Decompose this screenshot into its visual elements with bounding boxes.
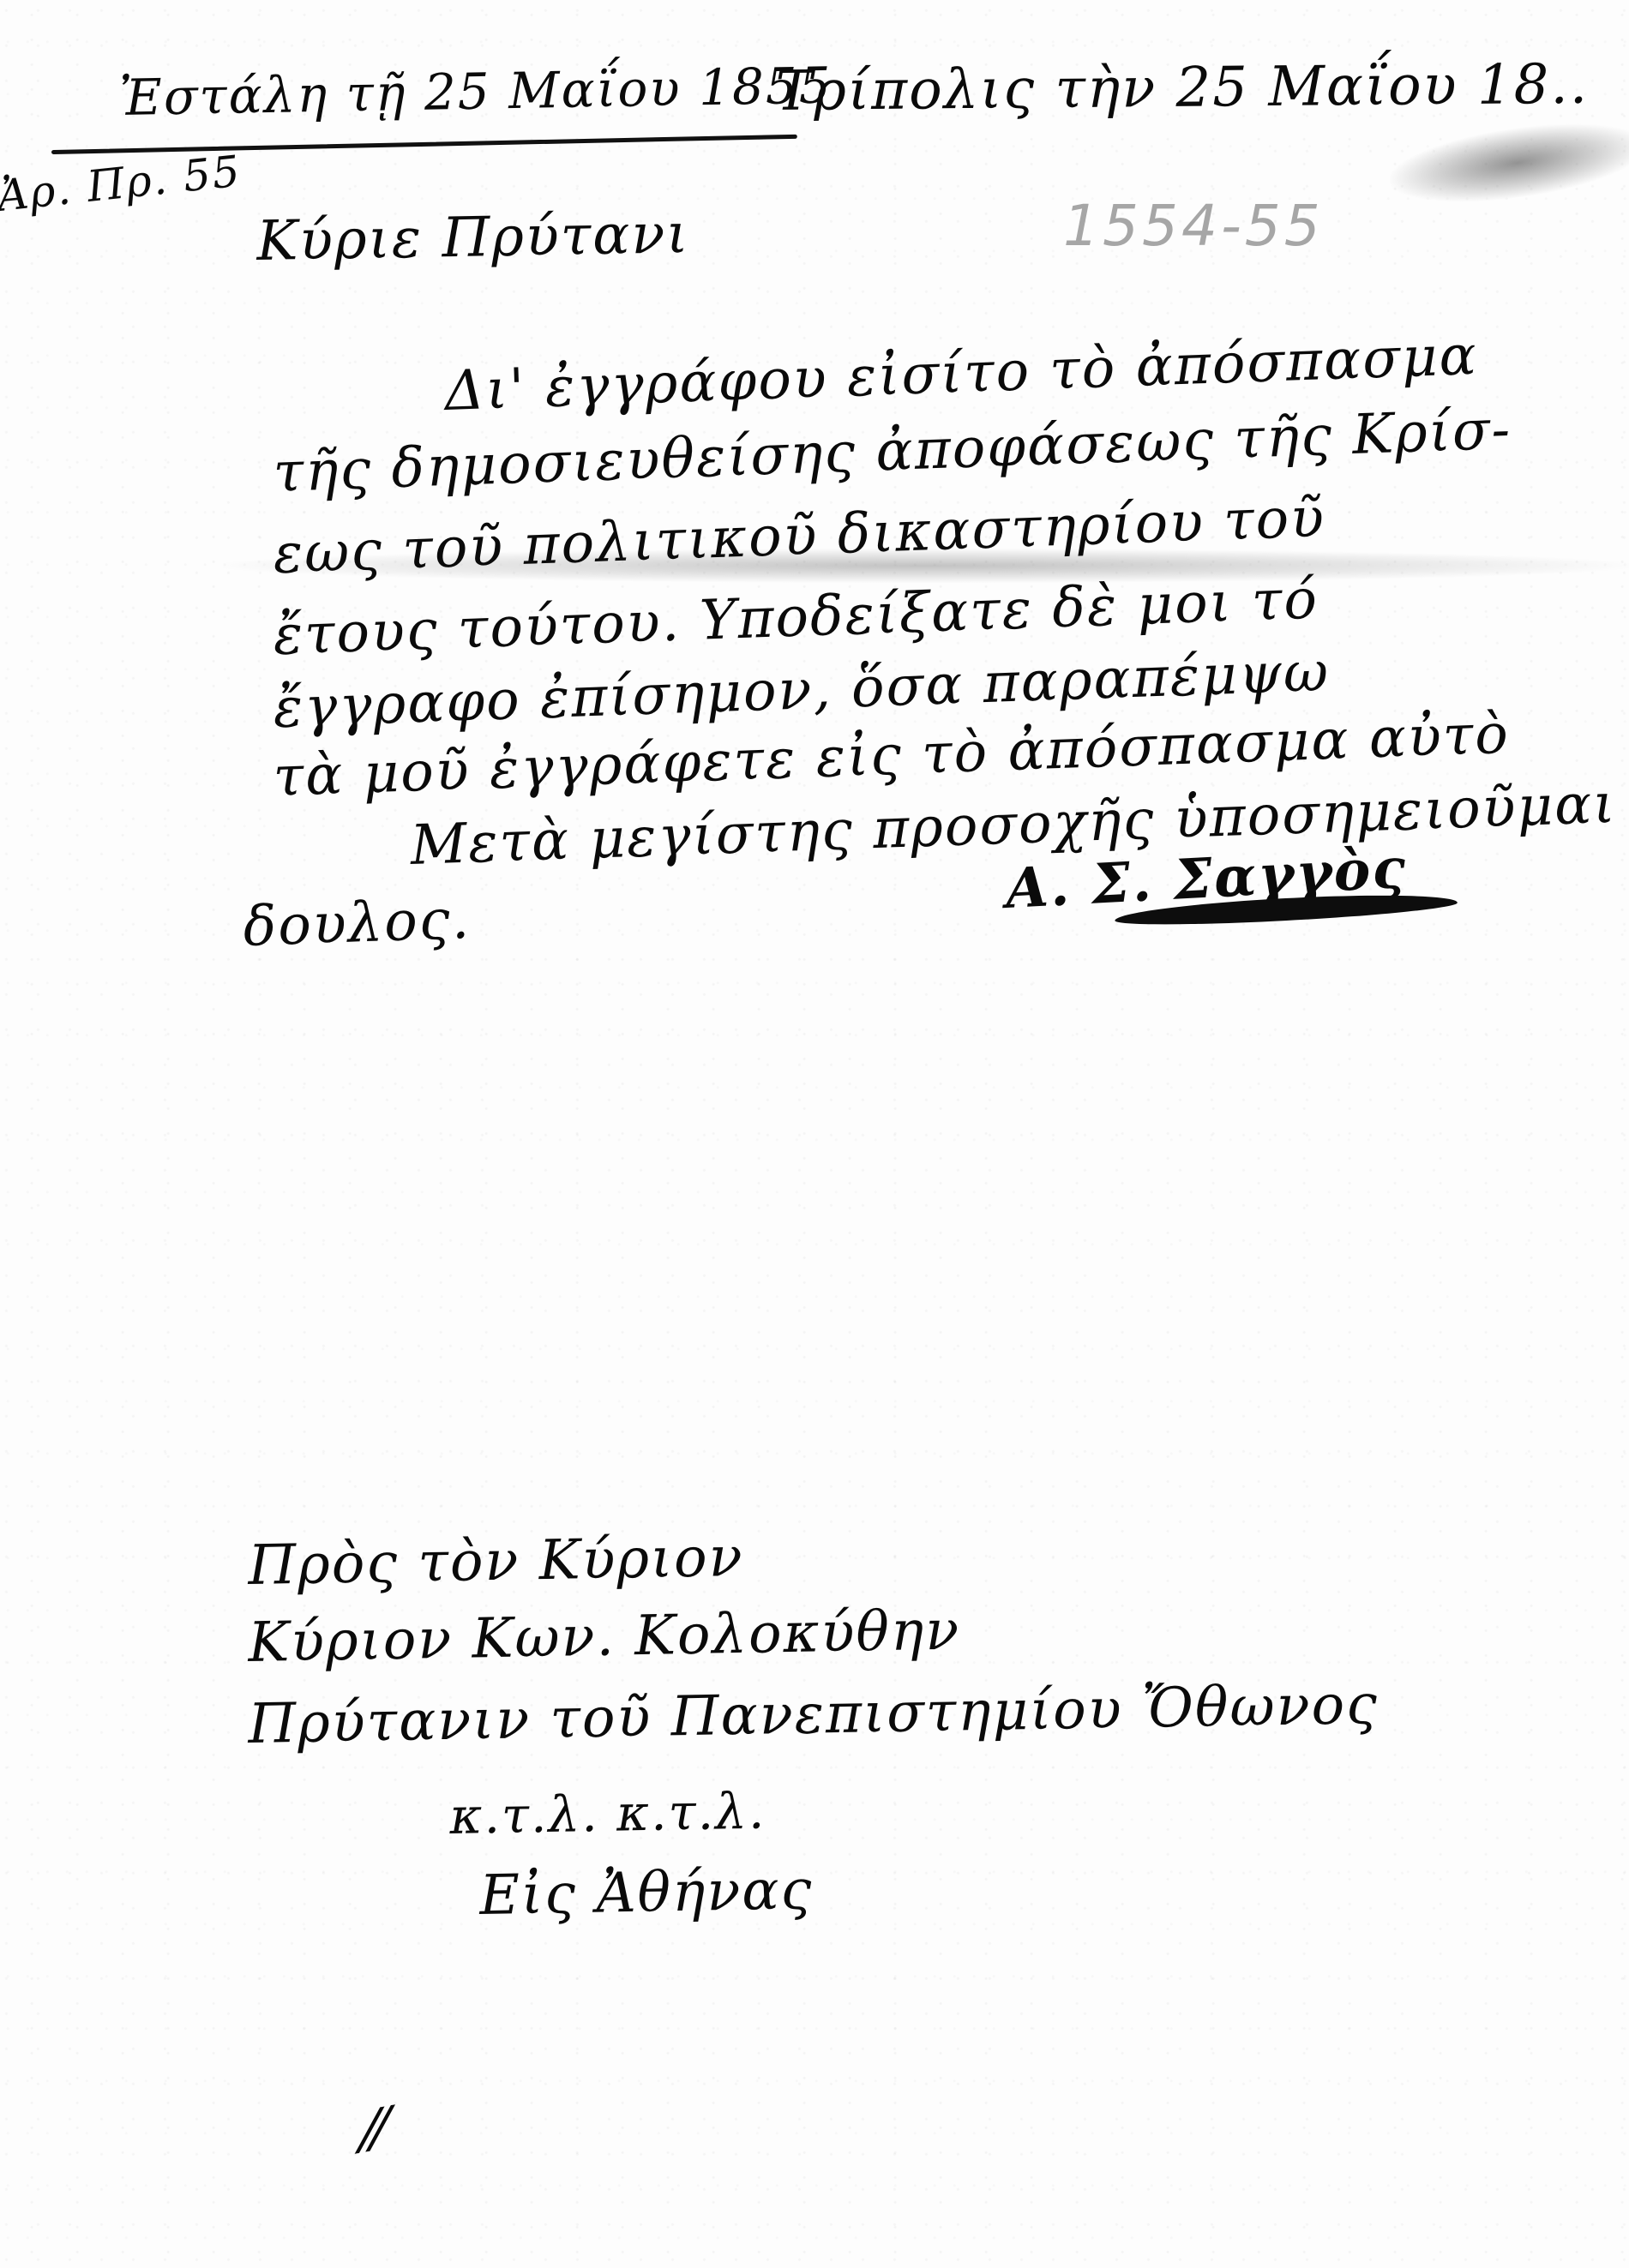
archive-number: 1554-55 [1063,193,1324,259]
address-line: κ.τ.λ. κ.τ.λ. [449,1782,766,1845]
header-underline [51,135,797,154]
bottom-mark: ⁄⁄ [360,2091,428,2151]
salutation: Κύριε Πρύτανι [256,202,690,273]
body-line: δουλος. [242,888,472,959]
reference-number: Ἀρ. Πρ. 55 [0,146,243,221]
ink-smudge-top-right [1386,111,1629,215]
body-line: εως τοῦ πολιτικοῦ δικαστηρίου τοῦ [272,486,1326,586]
address-line: Πρύτανιν τοῦ Πανεπιστημίου Ὄθωνος [248,1673,1380,1756]
address-line: Πρὸς τὸν Κύριον [248,1526,744,1598]
address-line: Εἰς Ἀθήνας [479,1858,814,1928]
place-date: Τρίπολις τὴν 25 Μαΐου 18.. [775,53,1589,123]
dispatch-note: Ἐστάλη τῇ 25 Μαΐου 1855 [119,57,833,127]
address-line: Κύριον Κων. Κολοκύθην [248,1599,961,1675]
